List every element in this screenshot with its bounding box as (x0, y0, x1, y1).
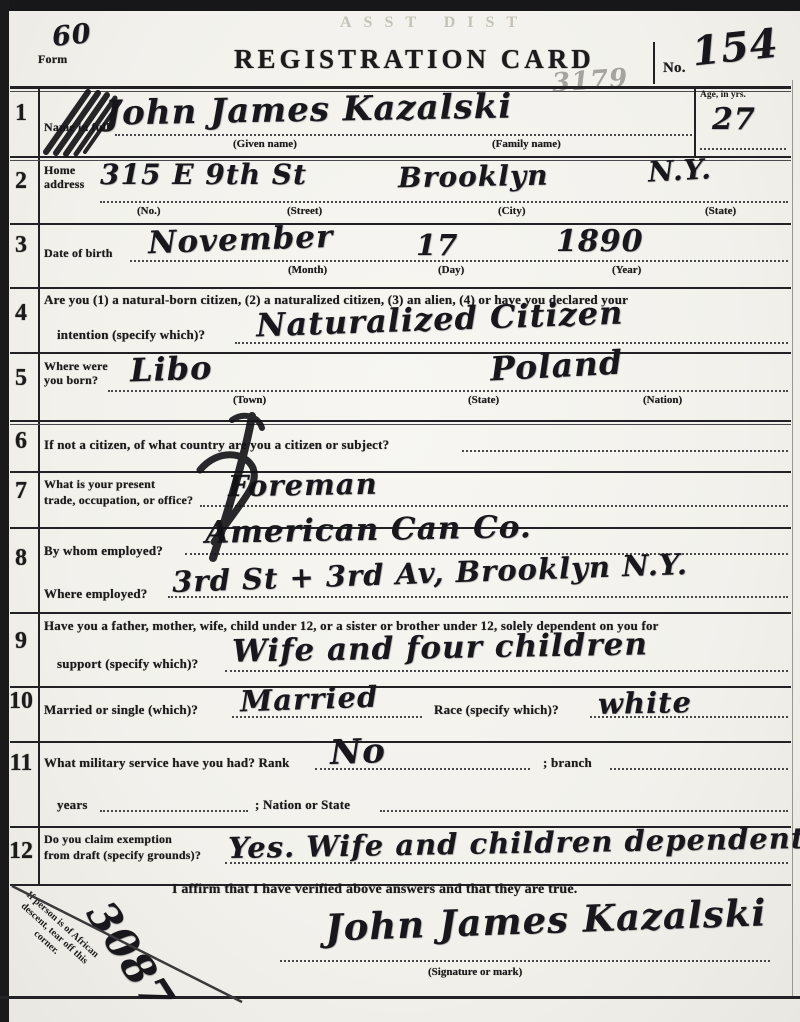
row-4-number: 4 (6, 300, 36, 327)
employer-label: By whom employed? (44, 543, 163, 559)
where-employed-dotted-line (168, 596, 788, 598)
married-label: Married or single (which)? (44, 702, 198, 718)
row-separator (10, 223, 791, 225)
town-sublabel: (Town) (233, 394, 266, 406)
address-city: Brooklyn (398, 159, 549, 195)
home-label-1: Home (44, 163, 75, 178)
registration-card-scan: Form 60 ASST DIST REGISTRATION CARD No. … (0, 0, 800, 1022)
trade-answer: Foreman (228, 467, 378, 504)
citizen-question-2: intention (specify which)? (57, 327, 205, 343)
row-3-number: 3 (6, 232, 36, 259)
branch-label: ; branch (543, 755, 592, 771)
race-answer: white (598, 685, 693, 721)
age-cell-divider (694, 86, 696, 156)
card-number-handwritten: 154 (690, 20, 781, 76)
age-answer: 27 (712, 102, 756, 137)
years-dotted-line (100, 810, 248, 812)
address-dotted-line (100, 201, 788, 203)
scan-edge-top (0, 0, 800, 11)
exemption-label-1: Do you claim exemption (44, 832, 172, 847)
dob-month: November (147, 219, 333, 261)
born-nation: Poland (489, 343, 624, 389)
rank-answer: No (329, 731, 386, 773)
row-separator (10, 741, 791, 743)
row-12-number: 12 (6, 838, 36, 865)
no-divider-line (653, 42, 655, 84)
day-sublabel: (Day) (438, 264, 464, 276)
row-8-number: 8 (6, 545, 36, 572)
form-number-handwritten: 60 (50, 18, 93, 53)
trade-label-1: What is your present (44, 477, 155, 492)
dob-year: 1890 (556, 224, 644, 259)
no-label: No. (663, 60, 686, 77)
state-sublabel: (State) (705, 205, 736, 217)
subject-dotted-line (462, 450, 788, 452)
row-10-number: 10 (6, 688, 36, 715)
row-separator (10, 612, 791, 614)
number-column-divider (38, 86, 40, 884)
trade-dotted-line (200, 505, 788, 507)
row-separator (10, 424, 791, 425)
card-bottom-rule (0, 996, 800, 999)
home-label-2: address (44, 177, 85, 192)
row-5-number: 5 (6, 365, 36, 392)
citizen-dotted-line (235, 342, 788, 344)
name-answer: John James Kazalski (105, 86, 513, 133)
row-11-number: 11 (6, 750, 36, 777)
name-dotted-line (115, 134, 692, 136)
street-sublabel: (Street) (287, 205, 322, 217)
row-separator (10, 352, 791, 354)
scan-edge-right (792, 80, 793, 998)
family-name-sublabel: (Family name) (492, 138, 561, 150)
row-7-number: 7 (6, 478, 36, 505)
dependents-answer: Wife and four children (232, 626, 648, 669)
dob-label: Date of birth (44, 246, 113, 261)
no-sublabel: (No.) (137, 205, 161, 217)
row-6-number: 6 (6, 428, 36, 455)
city-sublabel: (City) (498, 205, 526, 217)
nation-state-label: ; Nation or State (255, 797, 350, 813)
signature-handwritten: John James Kazalski (324, 890, 767, 949)
row-separator (10, 471, 791, 473)
dependents-question-2: support (specify which)? (57, 656, 198, 672)
employer-answer: American Can Co. (205, 509, 532, 551)
dob-day: 17 (416, 228, 458, 262)
trade-label-2: trade, occupation, or office? (44, 493, 193, 508)
address-street: 315 E 9th St (100, 158, 307, 191)
month-sublabel: (Month) (288, 264, 327, 276)
signature-dotted-line (280, 960, 770, 962)
nation-sublabel: (Nation) (643, 394, 682, 406)
years-label: years (57, 797, 88, 813)
name-label: Name in full (44, 120, 110, 135)
scan-edge-left (0, 0, 9, 1022)
branch-dotted-line (610, 768, 788, 770)
married-answer: Married (239, 680, 378, 719)
row-2-number: 2 (6, 168, 36, 195)
card-title: REGISTRATION CARD (234, 44, 595, 75)
exemption-label-2: from draft (specify grounds)? (44, 848, 201, 863)
subject-question: If not a citizen, of what country are yo… (44, 437, 389, 453)
state-sublabel-2: (State) (468, 394, 499, 406)
signature-sublabel: (Signature or mark) (428, 966, 522, 978)
faint-stamp: ASST DIST (340, 14, 529, 32)
age-dotted-line (700, 148, 786, 150)
row-1-number: 1 (6, 100, 36, 127)
born-dotted-line (108, 390, 788, 392)
military-question: What military service have you had? Rank (44, 755, 290, 771)
faint-serial-number: 3179 (551, 63, 629, 98)
where-employed-label: Where employed? (44, 586, 148, 602)
affirmation-text: I affirm that I have verified above answ… (172, 882, 577, 898)
born-town: Libo (129, 349, 213, 390)
address-state: N.Y. (647, 152, 712, 188)
dob-dotted-line (130, 260, 788, 262)
race-label: Race (specify which)? (434, 702, 559, 718)
row-separator (10, 420, 791, 422)
form-label: Form (38, 52, 67, 67)
age-label: Age, in yrs. (700, 90, 746, 100)
row-9-number: 9 (6, 628, 36, 655)
year-sublabel: (Year) (612, 264, 641, 276)
row-separator (10, 287, 791, 289)
born-label-1: Where were (44, 359, 108, 374)
given-name-sublabel: (Given name) (233, 138, 297, 150)
nation-state-dotted-line (380, 810, 788, 812)
dependents-dotted-line (225, 670, 788, 672)
born-label-2: you born? (44, 373, 98, 388)
